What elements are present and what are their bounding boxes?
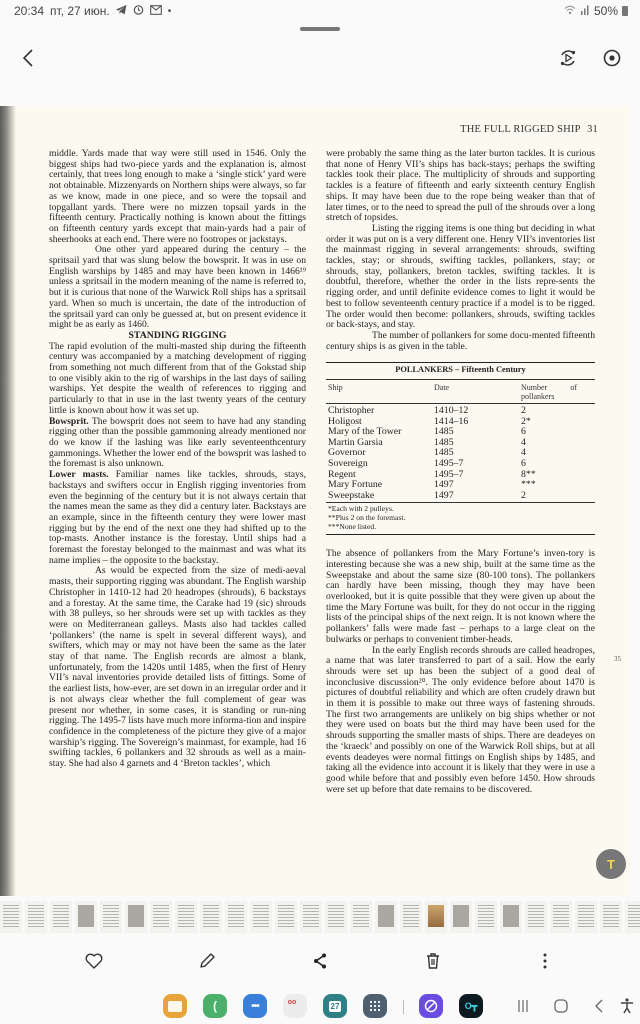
thumbnail[interactable] (25, 901, 47, 933)
motion-play-icon (558, 48, 578, 68)
more-button[interactable] (532, 948, 558, 974)
paragraph: were probably the same thing as the late… (326, 149, 595, 224)
run-in-heading: Bowsprit. (49, 416, 89, 427)
browser-icon (424, 999, 438, 1013)
recents-icon (517, 999, 529, 1013)
cell-number: *** (521, 480, 595, 491)
cell-number: 4 (521, 448, 595, 459)
recents-button[interactable] (513, 996, 533, 1016)
trash-icon (425, 952, 441, 970)
status-date: пт, 27 июн. (50, 4, 110, 18)
col-date: Date (434, 383, 521, 401)
left-column: middle. Yards made that way were still u… (49, 149, 306, 770)
app-calendar[interactable]: 27 (323, 994, 347, 1018)
thumbnail-current[interactable] (425, 901, 447, 933)
share-button[interactable] (307, 948, 333, 974)
text-scan-button[interactable]: T (596, 849, 626, 879)
table-title: POLLANKERS – Fifteenth Century (326, 363, 595, 380)
text-scan-icon: T (607, 857, 615, 872)
thumbnail[interactable] (125, 901, 147, 933)
running-head-title: THE FULL RIGGED SHIP (460, 124, 580, 135)
cell-number: 6 (521, 427, 595, 438)
favorite-button[interactable] (81, 948, 107, 974)
cell-ship: Sweepstake (326, 491, 434, 502)
status-time: 20:34 (14, 4, 44, 18)
paragraph-lower-masts: Lower masts. Familiar names like tackles… (49, 470, 306, 566)
thumbnail[interactable] (400, 901, 422, 933)
app-files[interactable] (163, 994, 187, 1018)
paragraph: The number of pollankers for some docu-m… (326, 331, 595, 352)
grid-icon (369, 1000, 381, 1012)
chevron-left-icon (21, 48, 35, 68)
motion-play-button[interactable] (554, 44, 582, 72)
right-column: were probably the same thing as the late… (326, 149, 595, 795)
gmail-icon (150, 4, 162, 18)
multi-app-icon: oo (288, 999, 297, 1006)
status-bar: 20:34 пт, 27 июн. • 50% (0, 0, 640, 22)
col-ship: Ship (326, 383, 434, 401)
thumbnail[interactable] (275, 901, 297, 933)
cell-number: 4 (521, 438, 595, 449)
table-row: Martin Garsia14854 (326, 438, 595, 449)
home-button[interactable] (551, 996, 571, 1016)
thumbnail[interactable] (300, 901, 322, 933)
nav-back-button[interactable] (589, 996, 609, 1016)
cell-number: 2 (521, 491, 595, 502)
back-button[interactable] (14, 44, 42, 72)
app-multi-window[interactable]: oo (283, 994, 307, 1018)
action-bar (0, 946, 640, 976)
taskbar-divider (403, 1000, 404, 1014)
share-icon (312, 952, 328, 970)
thumbnail[interactable] (450, 901, 472, 933)
app-drawer[interactable] (363, 994, 387, 1018)
accessibility-icon (620, 998, 634, 1014)
thumbnail[interactable] (625, 901, 640, 933)
more-vertical-icon (542, 952, 548, 970)
calendar-icon: 27 (329, 1001, 342, 1012)
home-icon (554, 999, 568, 1013)
thumbnail[interactable] (600, 901, 622, 933)
view-button[interactable] (598, 44, 626, 72)
paragraph-text: Familiar names like tackles, shrouds, st… (49, 469, 306, 566)
thumbnail[interactable] (75, 901, 97, 933)
signal-icon (580, 4, 590, 18)
viewer-toolbar (0, 40, 640, 76)
paragraph: As would be expected from the size of me… (49, 566, 306, 769)
folder-icon (168, 1001, 182, 1012)
paragraph: In the early English records shrouds are… (326, 646, 595, 796)
table-note: ***None listed. (328, 523, 595, 532)
thumbnail[interactable] (375, 901, 397, 933)
cell-number: 2* (521, 417, 595, 428)
thumbnail[interactable] (350, 901, 372, 933)
table-header: Ship Date Number of pollankers (326, 380, 595, 404)
paragraph: The rapid evolution of the multi-masted … (49, 342, 306, 417)
thumbnail[interactable] (225, 901, 247, 933)
cell-date: 1497 (434, 491, 521, 502)
app-internet[interactable] (419, 994, 443, 1018)
thumbnail[interactable] (150, 901, 172, 933)
thumbnail[interactable] (50, 901, 72, 933)
eye-icon (602, 48, 622, 68)
edit-button[interactable] (194, 948, 220, 974)
paragraph: The absence of pollankers from the Mary … (326, 549, 595, 645)
thumbnail-strip[interactable] (0, 897, 640, 939)
table-body: Christopher1410–122 Holigost1414–162* Ma… (326, 404, 595, 503)
paragraph-bowsprit: Bowsprit. The bowsprit does not seem to … (49, 417, 306, 471)
book-spine-shadow (0, 106, 16, 896)
thumbnail[interactable] (0, 901, 22, 933)
taskbar: ( ••• oo 27 O┳ (0, 992, 640, 1022)
battery-icon (622, 6, 628, 16)
pollankers-table: POLLANKERS – Fifteenth Century Ship Date… (326, 362, 595, 535)
chat-icon: ••• (251, 1001, 259, 1012)
paragraph: Listing the rigging items is one thing b… (326, 224, 595, 331)
paragraph: middle. Yards made that way were still u… (49, 149, 306, 245)
heart-icon (85, 953, 103, 969)
margin-note-number: 35 (614, 655, 621, 663)
key-icon: O┳ (465, 1001, 477, 1012)
timer-icon (133, 4, 144, 18)
table-notes: *Each with 2 pulleys. **Plus 2 on the fo… (326, 503, 595, 534)
thumbnail[interactable] (175, 901, 197, 933)
phone-icon: ( (213, 999, 217, 1013)
thumbnail[interactable] (325, 901, 347, 933)
col-number: Number of pollankers (521, 383, 577, 401)
app-messages[interactable]: ••• (243, 994, 267, 1018)
telegram-icon (116, 4, 127, 18)
wifi-icon (564, 4, 576, 18)
dot-icon: • (168, 6, 172, 17)
thumbnail[interactable] (100, 901, 122, 933)
thumbnail[interactable] (475, 901, 497, 933)
thumbnail[interactable] (575, 901, 597, 933)
app-keys[interactable]: O┳ (459, 994, 483, 1018)
thumbnail[interactable] (500, 901, 522, 933)
thumbnail[interactable] (200, 901, 222, 933)
delete-button[interactable] (420, 948, 446, 974)
paragraph: One other yard appeared during the centu… (49, 245, 306, 331)
thumbnail[interactable] (525, 901, 547, 933)
running-head: THE FULL RIGGED SHIP 31 (460, 124, 598, 135)
table-row: Sweepstake14972 (326, 491, 595, 502)
drag-handle[interactable] (300, 27, 340, 31)
photo-viewer-image[interactable]: THE FULL RIGGED SHIP 31 middle. Yards ma… (0, 106, 630, 896)
cell-number: 2 (521, 406, 595, 417)
run-in-heading: Lower masts. (49, 469, 109, 480)
back-icon (594, 999, 604, 1013)
app-phone[interactable]: ( (203, 994, 227, 1018)
thumbnail[interactable] (550, 901, 572, 933)
battery-level: 50% (594, 4, 618, 18)
pencil-icon (198, 952, 216, 970)
thumbnail[interactable] (250, 901, 272, 933)
page-number: 31 (587, 124, 598, 135)
accessibility-button[interactable] (617, 996, 637, 1016)
